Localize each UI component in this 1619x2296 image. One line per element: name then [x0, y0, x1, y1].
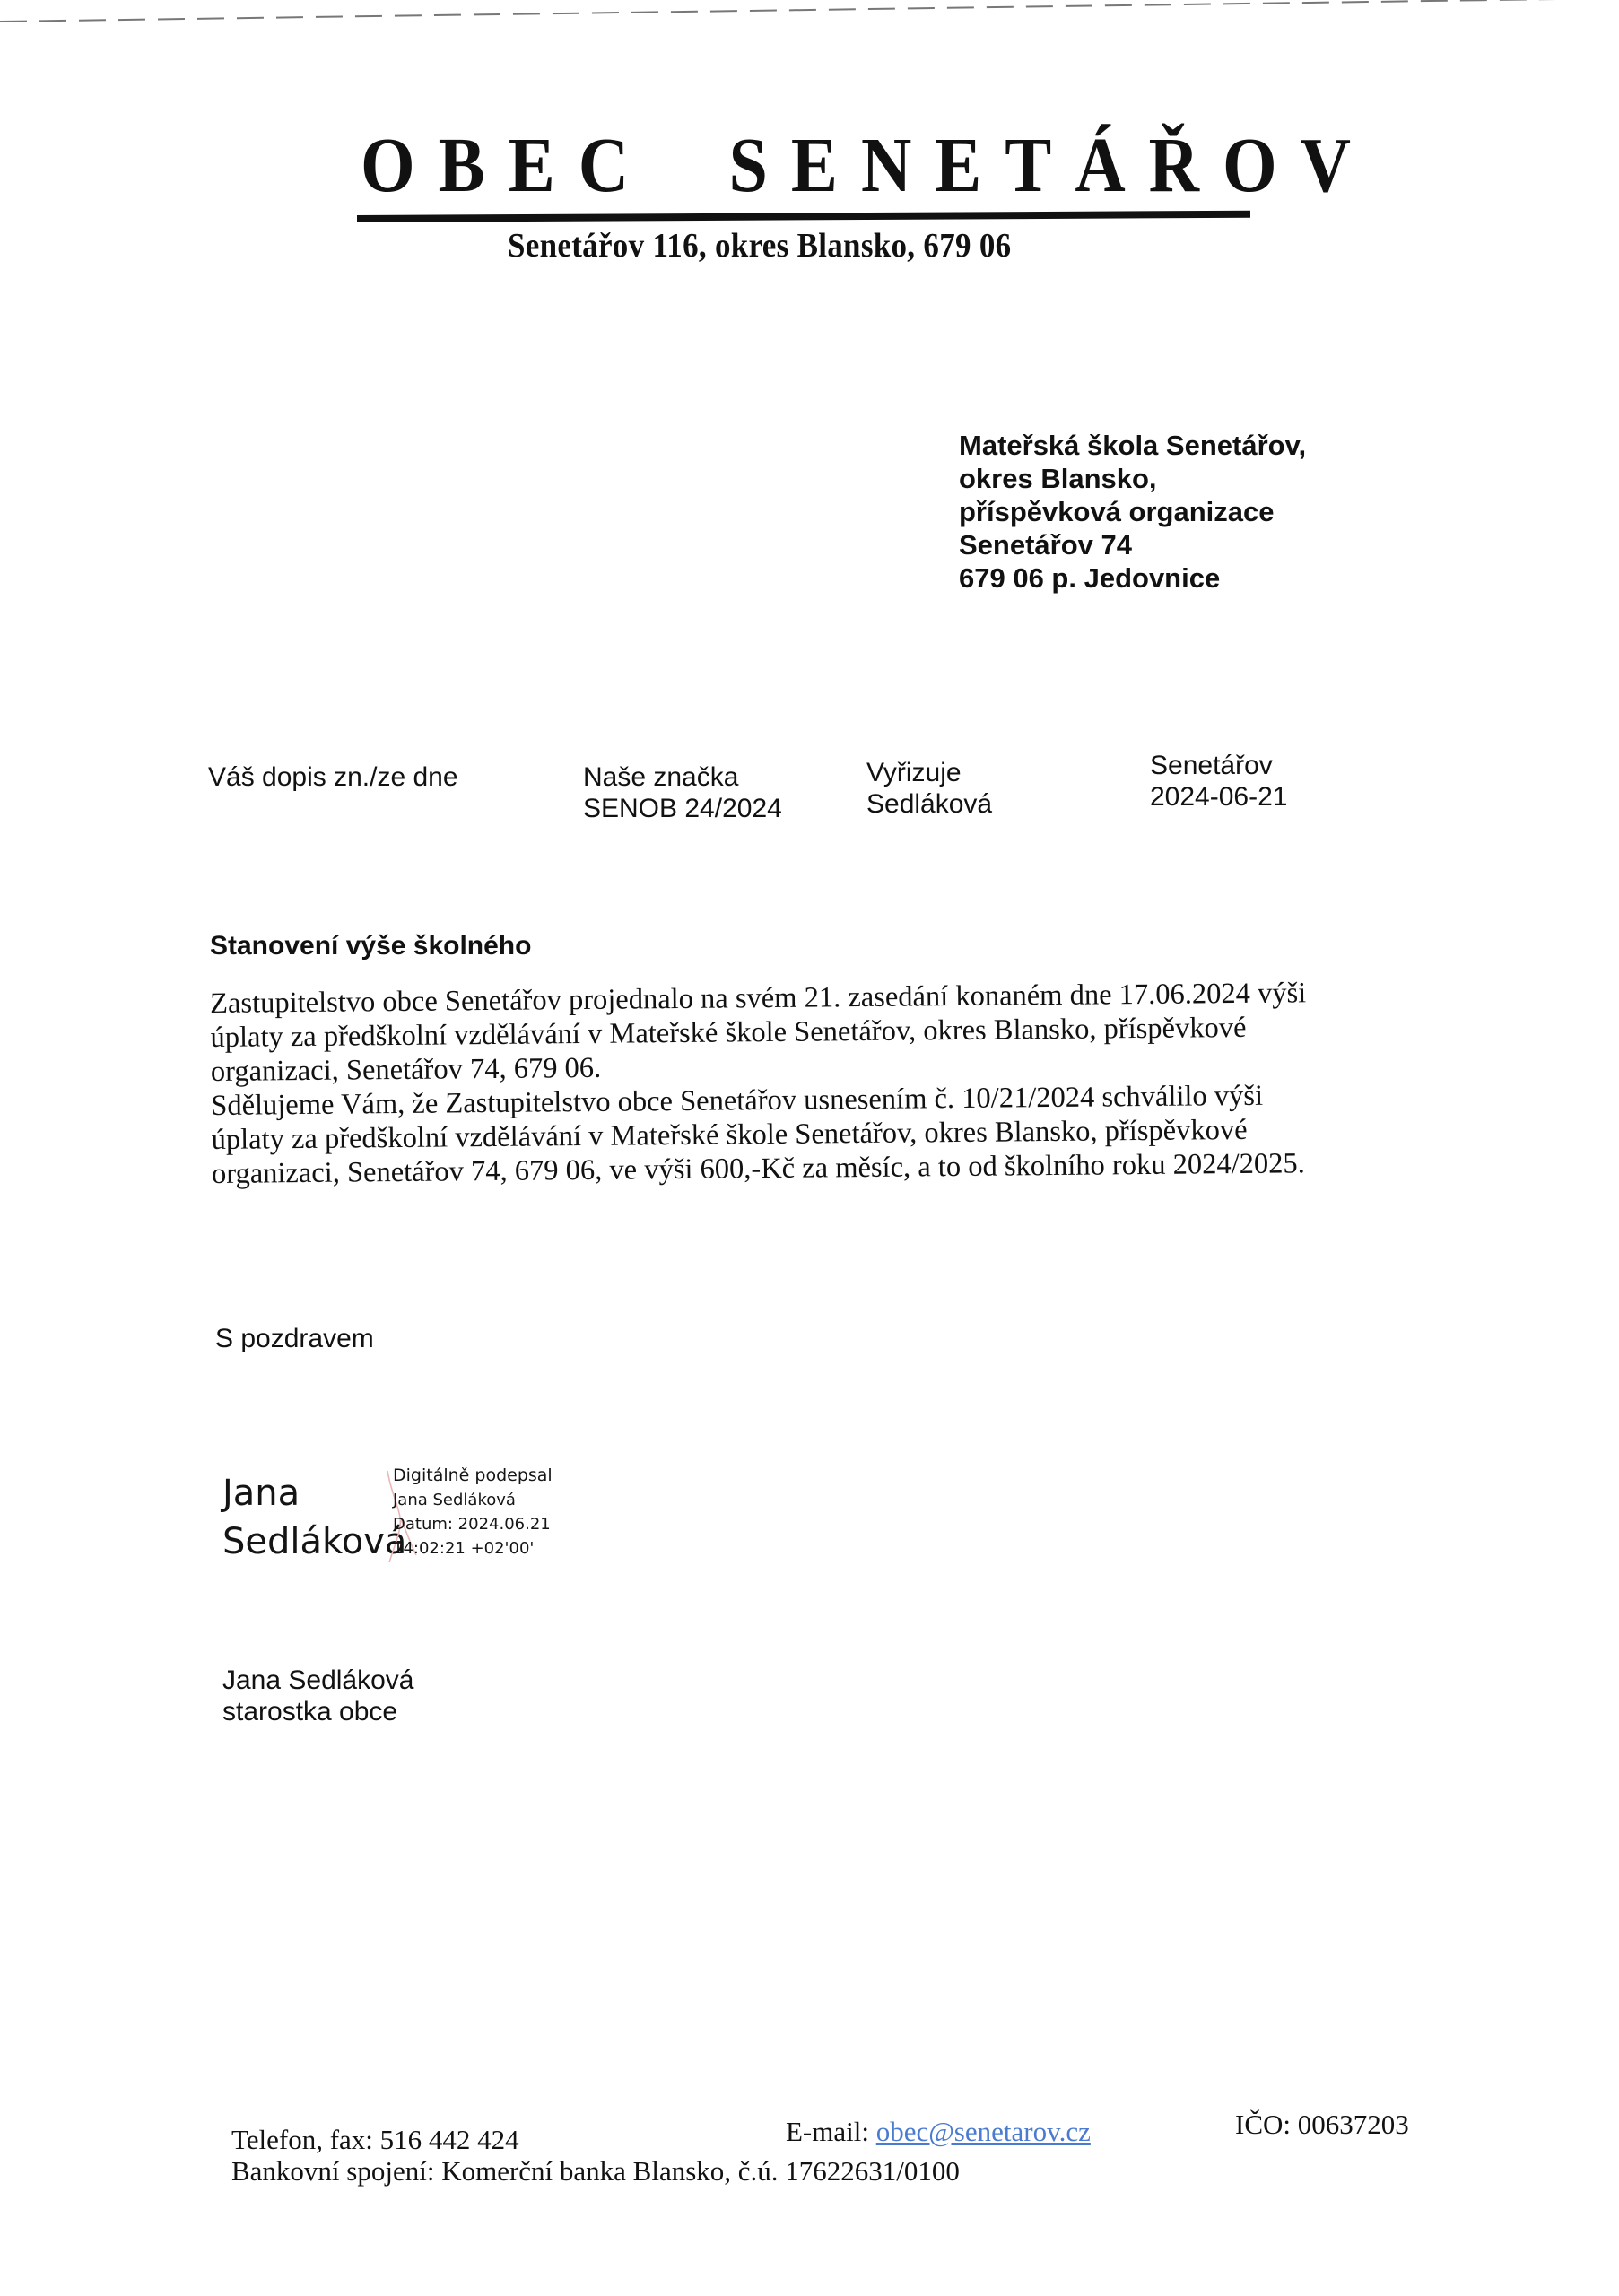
digital-signature: Jana Sedláková Digitálně podepsal Jana S… [222, 1467, 599, 1575]
place-and-date: Senetářov 2024-06-21 [1150, 750, 1287, 813]
handled-by-label: Vyřizuje [866, 757, 992, 788]
footer-ico: IČO: 00637203 [1235, 2109, 1409, 2141]
recipient-line: Mateřská škola Senetářov, [959, 429, 1306, 462]
letter-subject: Stanovení výše školného [210, 931, 531, 961]
signature-meta-line: Datum: 2024.06.21 [393, 1512, 553, 1536]
footer-bank: Bankovní spojení: Komerční banka Blansko… [231, 2155, 960, 2187]
recipient-address: Mateřská škola Senetářov, okres Blansko,… [959, 429, 1306, 595]
recipient-line: okres Blansko, [959, 462, 1306, 495]
signature-meta-line: Jana Sedláková [393, 1488, 553, 1512]
handled-by: Vyřizuje Sedláková [866, 757, 992, 820]
signatory-role: starostka obce [222, 1696, 414, 1727]
signatory: Jana Sedláková starostka obce [222, 1665, 414, 1727]
letterhead-rule [357, 211, 1250, 222]
closing-greeting: S pozdravem [215, 1324, 374, 1354]
signature-first-name: Jana [222, 1469, 406, 1518]
our-ref: Naše značka SENOB 24/2024 [583, 761, 782, 824]
our-ref-value: SENOB 24/2024 [583, 793, 782, 824]
date: 2024-06-21 [1150, 781, 1287, 813]
signature-meta-line: 14:02:21 +02'00' [393, 1536, 553, 1561]
signature-meta-line: Digitálně podepsal [393, 1464, 553, 1488]
recipient-line: 679 06 p. Jedovnice [959, 561, 1306, 595]
letterhead-title: OBEC SENETÁŘOV [357, 126, 1249, 208]
letterhead: OBEC SENETÁŘOV Senetářov 116, okres Blan… [357, 135, 1249, 262]
your-letter-ref: Váš dopis zn./ze dne [208, 761, 458, 793]
letter-body: Zastupitelstvo obce Senetářov projednalo… [210, 975, 1449, 1191]
place: Senetářov [1150, 750, 1287, 781]
our-ref-label: Naše značka [583, 761, 782, 793]
recipient-line: příspěvková organizace [959, 495, 1306, 528]
your-letter-label: Váš dopis zn./ze dne [208, 761, 458, 793]
footer-phone: Telefon, fax: 516 442 424 [231, 2124, 519, 2156]
footer-email-label: E-mail: [786, 2116, 869, 2147]
letterhead-address: Senetářov 116, okres Blansko, 679 06 [508, 226, 1249, 265]
recipient-line: Senetářov 74 [959, 528, 1306, 561]
handled-by-value: Sedláková [866, 788, 992, 820]
signatory-name: Jana Sedláková [222, 1665, 414, 1696]
footer-email: E-mail: obec@senetarov.cz [786, 2116, 1091, 2148]
footer-email-link[interactable]: obec@senetarov.cz [876, 2116, 1091, 2147]
signature-last-name: Sedláková [222, 1518, 406, 1566]
signature-name: Jana Sedláková [222, 1469, 406, 1566]
signature-metadata: Digitálně podepsal Jana Sedláková Datum:… [393, 1464, 553, 1561]
scan-edge-line [0, 0, 1619, 27]
